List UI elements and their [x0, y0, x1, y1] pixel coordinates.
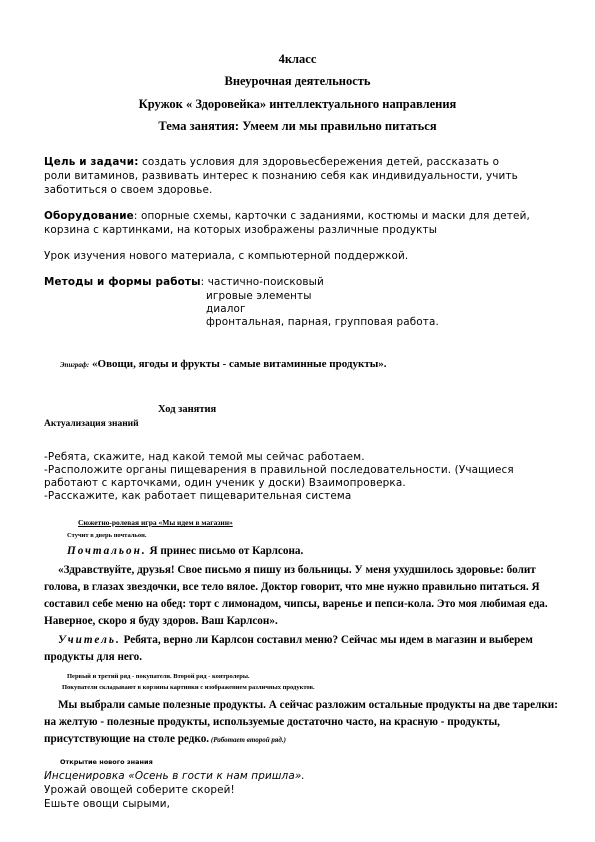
question-1: -Ребята, скажите, над какой темой мы сей…: [44, 451, 365, 464]
letter-line-1: «Здравствуйте, друзья! Свое письмо я пиш…: [58, 562, 536, 579]
plates-note: (Работает второй ряд.): [209, 736, 286, 744]
teacher-label: Учитель.: [58, 634, 121, 646]
plates-line-2: на желтую - полезные продукты, используе…: [44, 714, 500, 731]
methods-line-1: Методы и формы работы: частично-поисковы…: [44, 276, 324, 289]
poem-line-1: Урожай овощей соберите скорей!: [44, 784, 235, 797]
staging-title: Инсценировка «Осень в гости к нам пришла…: [44, 770, 305, 783]
epigraph: Эпиграф: «Овощи, ягоды и фрукты - самые …: [60, 358, 387, 370]
course-heading: Ход занятия: [158, 404, 216, 415]
goals-label: Цель и задачи:: [44, 156, 139, 168]
methods-item: фронтальная, парная, групповая работа.: [206, 316, 439, 329]
equipment-label: Оборудование: [44, 210, 134, 222]
methods-item: диалог: [206, 303, 246, 316]
plates-line-3: присутствующие на столе редко. (Работает…: [44, 731, 286, 749]
epigraph-label: Эпиграф:: [60, 361, 89, 369]
postman-label: Почтальон.: [67, 545, 147, 557]
question-2: -Расположите органы пищеварения в правил…: [44, 464, 514, 477]
note-1: Первый и третий ряд - покупатели. Второй…: [67, 673, 250, 680]
methods-item: игровые элементы: [206, 290, 312, 303]
equipment-line-2: корзина с картинками, на которых изображ…: [44, 224, 437, 237]
poem-line-2: Ешьте овощи сырыми,: [44, 798, 170, 811]
actualization-heading: Актуализация знаний: [44, 419, 139, 429]
grade-title: 4класс: [0, 52, 595, 67]
club-title: Кружок « Здоровейка» интеллектуального н…: [0, 97, 595, 112]
equipment-line-1: Оборудование: опорные схемы, карточки с …: [44, 210, 530, 223]
lesson-type: Урок изучения нового материала, с компью…: [44, 250, 408, 263]
postman-line: Почтальон. Я принес письмо от Карлсона.: [67, 545, 303, 557]
subject-title: Внеурочная деятельность: [0, 74, 595, 89]
roleplay-title: Сюжетно-ролевая игра «Мы идем в магазин»: [78, 518, 233, 527]
note-2: Покупатели складывают в корзины картинки…: [62, 684, 315, 691]
letter-line-2: голова, в глазах звездочки, все тело вял…: [44, 579, 540, 596]
question-3: -Расскажите, как работает пищеварительна…: [44, 490, 351, 503]
letter-line-4: Наверное, скоро я буду здоров. Ваш Карлс…: [44, 613, 278, 630]
goals-line-1: Цель и задачи: создать условия для здоро…: [44, 156, 499, 169]
new-knowledge-heading: Открытие нового знания: [60, 758, 153, 766]
goals-line-3: заботиться о своем здоровье.: [44, 184, 212, 197]
methods-label: Методы и формы работы: [44, 276, 201, 288]
question-2-cont: работают с карточками, один ученик у дос…: [44, 477, 406, 490]
goals-line-2: роли витаминов, развивать интерес к позн…: [44, 170, 518, 183]
topic-title: Тема занятия: Умеем ли мы правильно пита…: [0, 119, 595, 134]
stage-note: Стучит в дверь почтальон.: [67, 532, 146, 539]
plates-line-1: Мы выбрали самые полезные продукты. А се…: [58, 697, 558, 714]
teacher-line-1: Учитель. Ребята, верно ли Карлсон состав…: [58, 632, 533, 649]
letter-line-3: составил себе меню на обед: торт с лимон…: [44, 596, 548, 613]
teacher-line-2: продукты для него.: [44, 649, 142, 666]
